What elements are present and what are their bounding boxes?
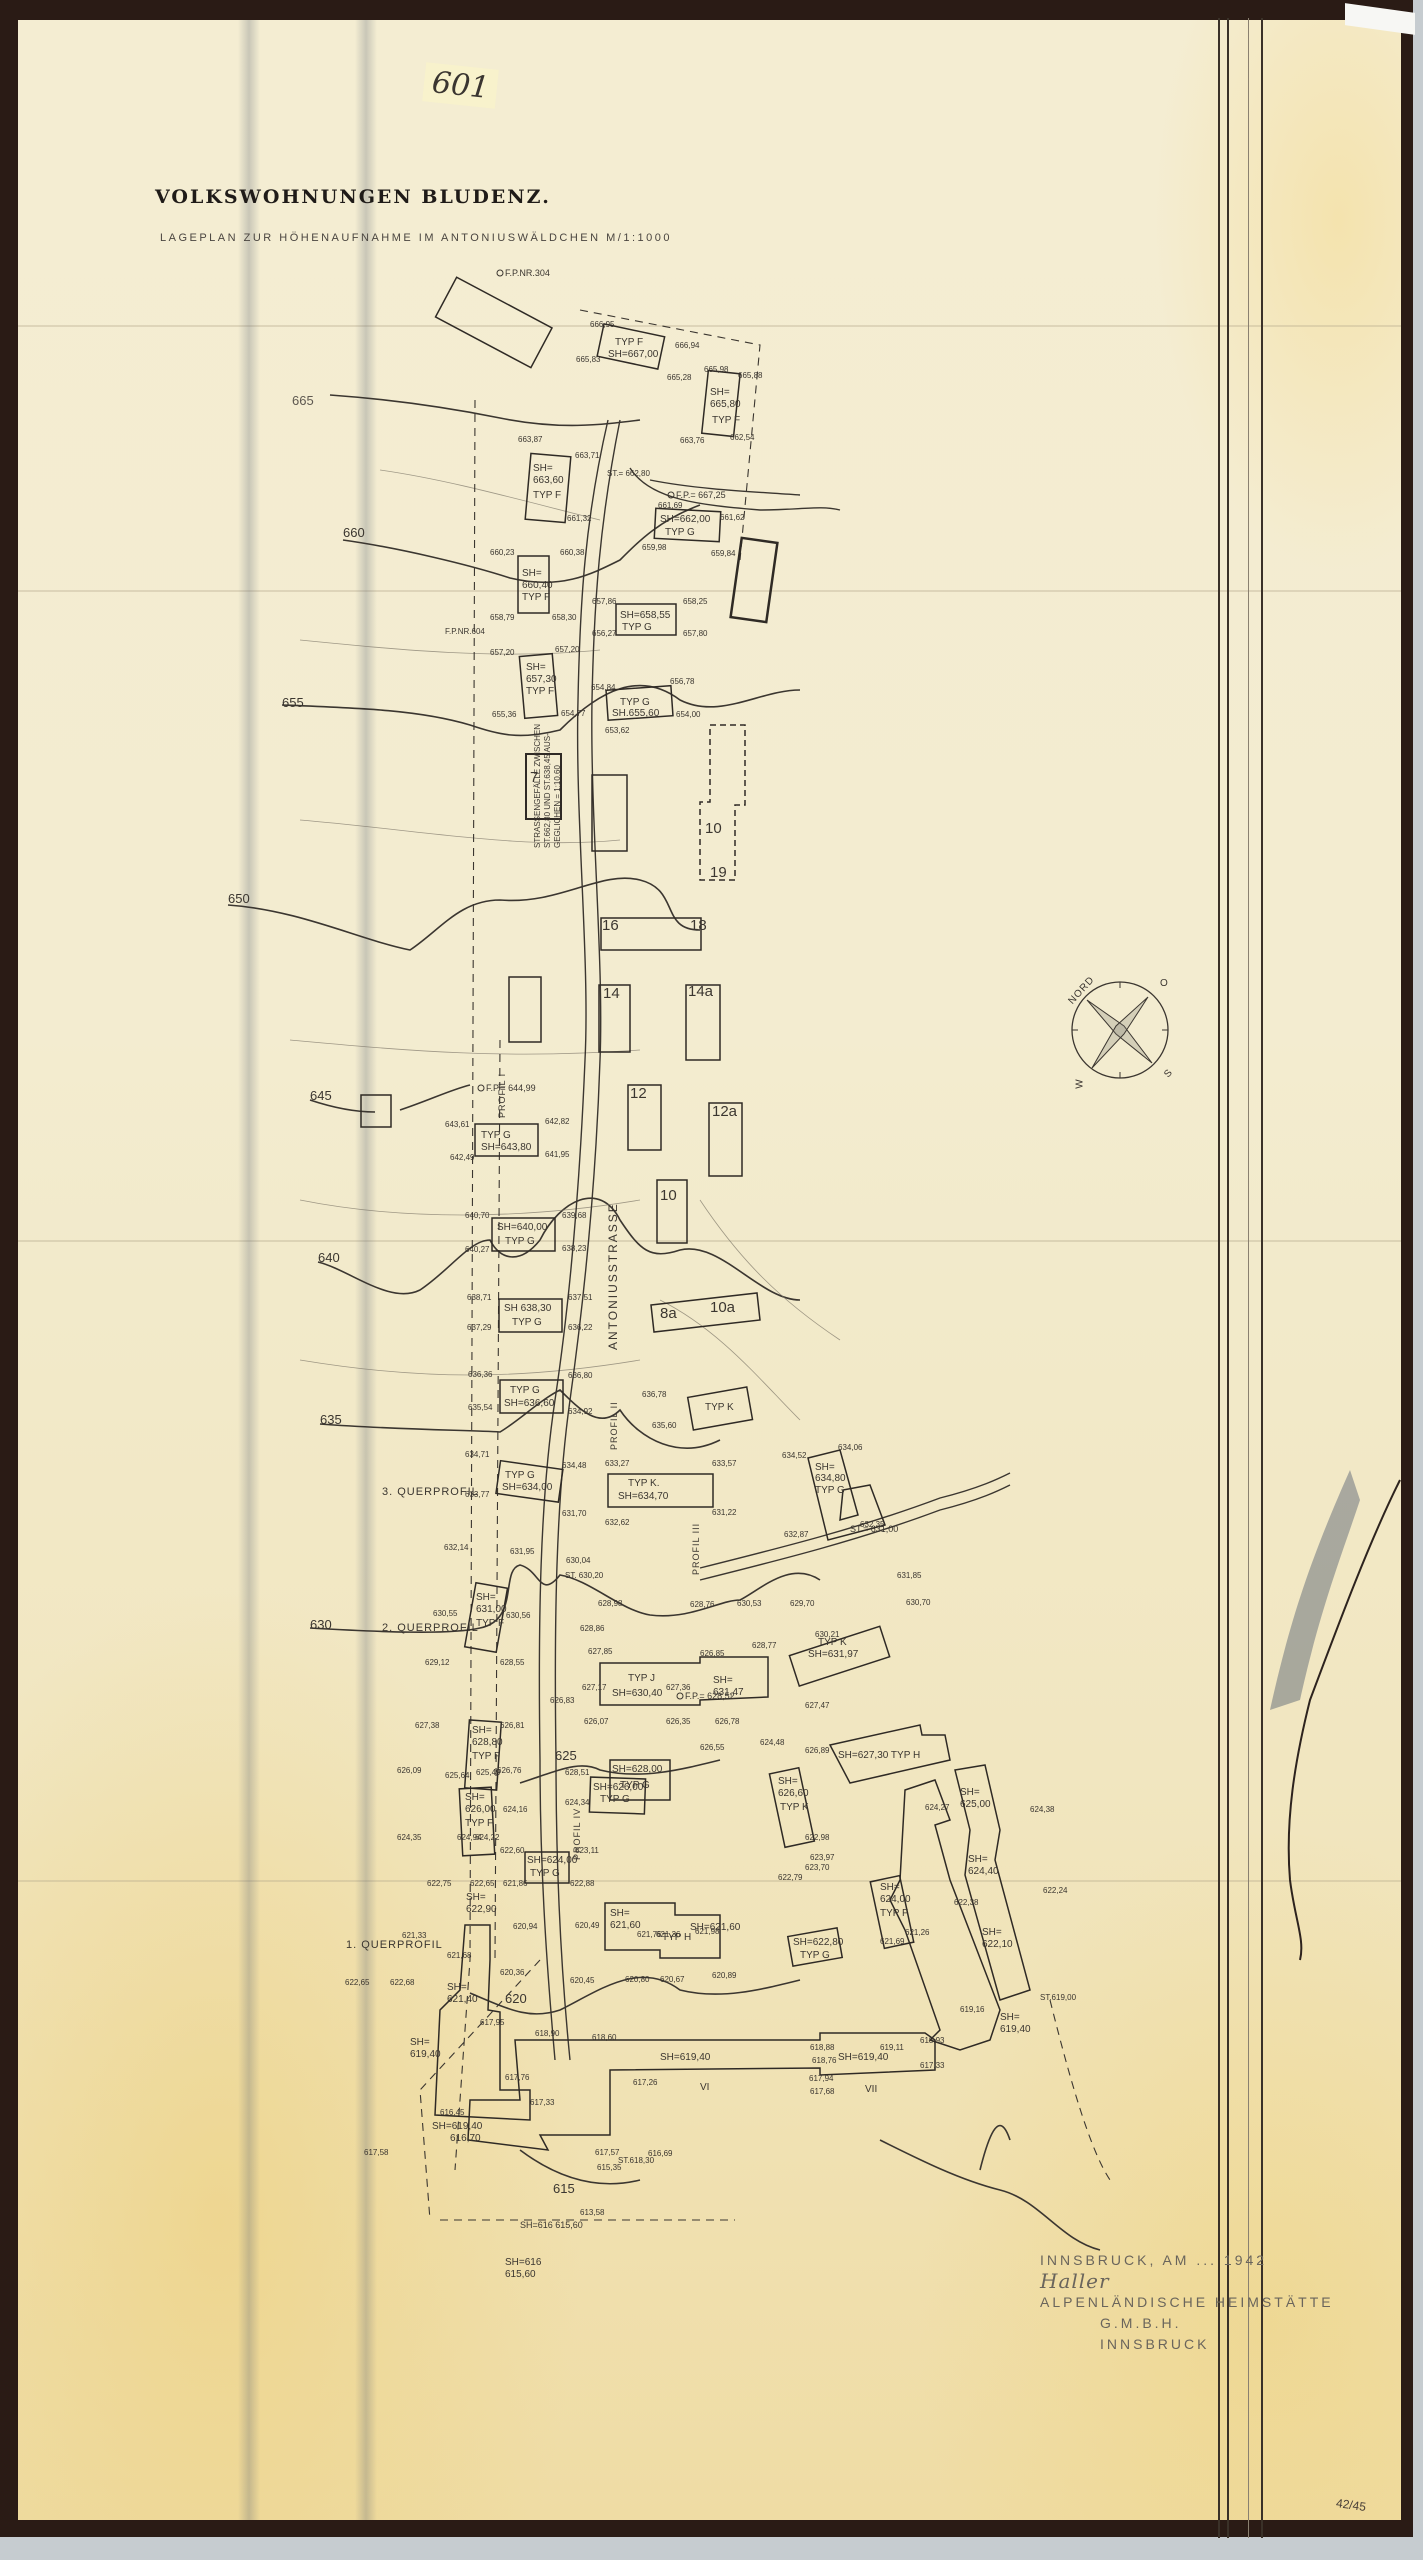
svg-text:F.P.= 628,52: F.P.= 628,52 (685, 1691, 735, 1701)
svg-text:643,61: 643,61 (445, 1120, 470, 1129)
svg-text:621,98: 621,98 (695, 1927, 720, 1936)
svg-text:630,21: 630,21 (815, 1630, 840, 1639)
svg-text:626,07: 626,07 (584, 1717, 609, 1726)
svg-text:616,70: 616,70 (450, 2133, 481, 2144)
svg-text:636,78: 636,78 (642, 1390, 667, 1399)
svg-text:TYP G: TYP G (800, 1950, 830, 1961)
svg-text:F.P.= 667,25: F.P.= 667,25 (676, 490, 726, 500)
svg-text:ST.= 662,80: ST.= 662,80 (607, 469, 650, 478)
svg-text:SH=631,97: SH=631,97 (808, 1649, 859, 1660)
svg-text:TYP F: TYP F (526, 686, 554, 697)
svg-text:622,38: 622,38 (954, 1898, 979, 1907)
svg-text:658,30: 658,30 (552, 613, 577, 622)
cross-section-labels: 3. QUERPROFIL 2. QUERPROFIL 1. QUERPROFI… (346, 1486, 479, 1951)
svg-text:SH=622,80: SH=622,80 (793, 1937, 844, 1948)
svg-text:630,53: 630,53 (737, 1599, 762, 1608)
svg-text:621,69: 621,69 (880, 1937, 905, 1946)
svg-text:TYP K.: TYP K. (628, 1478, 660, 1489)
svg-text:654,84: 654,84 (591, 683, 616, 692)
svg-text:620,49: 620,49 (575, 1921, 600, 1930)
svg-text:ANTONIUSSTRASSE: ANTONIUSSTRASSE (606, 1202, 620, 1350)
svg-text:631,85: 631,85 (897, 1571, 922, 1580)
svg-text:SH=: SH= (476, 1592, 496, 1603)
svg-text:654,00: 654,00 (676, 710, 701, 719)
svg-text:620,45: 620,45 (570, 1976, 595, 1985)
svg-text:TYP F: TYP F (472, 1751, 500, 1762)
svg-text:14a: 14a (688, 983, 714, 1000)
svg-text:TYP G: TYP G (665, 527, 695, 538)
svg-text:660: 660 (343, 525, 365, 540)
svg-text:SH=636,60: SH=636,60 (504, 1398, 555, 1409)
svg-text:657,80: 657,80 (683, 629, 708, 638)
svg-text:623,70: 623,70 (805, 1863, 830, 1872)
svg-text:621,36: 621,36 (656, 1930, 681, 1939)
svg-text:TYP K: TYP K (780, 1802, 809, 1813)
svg-text:639,68: 639,68 (562, 1211, 587, 1220)
svg-text:632,87: 632,87 (784, 1530, 809, 1539)
svg-text:631,00: 631,00 (476, 1604, 507, 1615)
svg-text:ST.619,00: ST.619,00 (1040, 1993, 1077, 2002)
svg-text:SH=634,00: SH=634,00 (502, 1482, 553, 1493)
svg-text:617,33: 617,33 (920, 2061, 945, 2070)
svg-text:657,30: 657,30 (526, 674, 557, 685)
svg-text:SH=: SH= (880, 1882, 900, 1893)
svg-text:634,06: 634,06 (838, 1443, 863, 1452)
svg-text:8a: 8a (660, 1305, 677, 1322)
svg-text:SH=628,00: SH=628,00 (612, 1764, 663, 1775)
svg-text:634,80: 634,80 (815, 1473, 846, 1484)
svg-text:625,00: 625,00 (960, 1799, 991, 1810)
svg-text:620: 620 (505, 1991, 527, 2006)
svg-text:626,81: 626,81 (500, 1721, 525, 1730)
svg-text:ST.662,80 UND ST.638,45 AUS-: ST.662,80 UND ST.638,45 AUS- (543, 733, 552, 848)
svg-text:TYP F: TYP F (522, 592, 550, 603)
svg-text:617,57: 617,57 (595, 2148, 620, 2157)
svg-text:660,38: 660,38 (560, 548, 585, 557)
svg-text:657,20: 657,20 (555, 645, 580, 654)
svg-text:665,28: 665,28 (667, 373, 692, 382)
svg-text:665,98: 665,98 (704, 365, 729, 374)
svg-text:618,60: 618,60 (592, 2033, 617, 2042)
damage-streak (1270, 1470, 1400, 1960)
stamp-signature: Haller (1040, 2271, 1334, 2292)
svg-text:SH=624,00: SH=624,00 (527, 1855, 578, 1866)
street-gradient-note: STRASSENGEFÄLLE ZWISCHEN ST.662,80 UND S… (533, 724, 562, 848)
svg-text:SH=: SH= (960, 1787, 980, 1798)
svg-text:SH=: SH= (410, 2037, 430, 2048)
svg-text:617,68: 617,68 (810, 2087, 835, 2096)
svg-text:620,67: 620,67 (660, 1975, 685, 1984)
svg-text:SH=616: SH=616 (505, 2257, 542, 2268)
svg-text:F.P.NR.304: F.P.NR.304 (505, 268, 550, 278)
compass-rose (1072, 982, 1168, 1078)
svg-text:632,14: 632,14 (444, 1543, 469, 1552)
svg-text:624,34: 624,34 (565, 1798, 590, 1807)
svg-text:616,45: 616,45 (440, 2108, 465, 2117)
svg-text:655,36: 655,36 (492, 710, 517, 719)
svg-text:622,68: 622,68 (390, 1978, 415, 1987)
svg-text:SH=658,55: SH=658,55 (620, 610, 671, 621)
svg-text:622,65: 622,65 (470, 1879, 495, 1888)
stamp-line: ALPENLÄNDISCHE HEIMSTÄTTE (1040, 2292, 1334, 2313)
svg-text:636,80: 636,80 (568, 1371, 593, 1380)
svg-text:SH=627,30 TYP H: SH=627,30 TYP H (838, 1750, 920, 1761)
svg-text:626,83: 626,83 (550, 1696, 575, 1705)
svg-text:626,35: 626,35 (666, 1717, 691, 1726)
svg-text:TYP F: TYP F (465, 1818, 493, 1829)
svg-text:TYP G: TYP G (600, 1794, 630, 1805)
svg-text:621,86: 621,86 (503, 1879, 528, 1888)
svg-text:637,51: 637,51 (568, 1293, 593, 1302)
svg-text:620,36: 620,36 (500, 1968, 525, 1977)
svg-text:638,71: 638,71 (467, 1293, 492, 1302)
svg-text:624,38: 624,38 (1030, 1805, 1055, 1814)
svg-text:665,80: 665,80 (710, 399, 741, 410)
svg-text:663,76: 663,76 (680, 436, 705, 445)
svg-text:666,94: 666,94 (675, 341, 700, 350)
svg-text:TYP G: TYP G (512, 1317, 542, 1328)
compass-east-label: O (1160, 978, 1169, 989)
svg-text:622,79: 622,79 (778, 1873, 803, 1882)
svg-text:631,95: 631,95 (510, 1547, 535, 1556)
svg-text:627,47: 627,47 (805, 1701, 830, 1710)
svg-text:622,10: 622,10 (982, 1939, 1013, 1950)
stamp-line: INNSBRUCK (1040, 2334, 1334, 2355)
svg-text:660,23: 660,23 (490, 548, 515, 557)
svg-text:SH=662,00: SH=662,00 (660, 514, 711, 525)
svg-text:SH=: SH= (778, 1776, 798, 1787)
svg-text:663,87: 663,87 (518, 435, 543, 444)
svg-text:SH=619,40: SH=619,40 (432, 2121, 483, 2132)
svg-text:618,93: 618,93 (920, 2036, 945, 2045)
svg-text:665,88: 665,88 (738, 371, 763, 380)
svg-text:640,70: 640,70 (465, 1211, 490, 1220)
svg-text:GEGLICHEN = 1:10,60: GEGLICHEN = 1:10,60 (553, 765, 562, 848)
svg-text:SH=643,80: SH=643,80 (481, 1142, 532, 1153)
svg-text:620,80: 620,80 (625, 1975, 650, 1984)
svg-text:14: 14 (603, 985, 620, 1002)
svg-text:625,64: 625,64 (445, 1771, 470, 1780)
svg-text:STRASSENGEFÄLLE ZWISCHEN: STRASSENGEFÄLLE ZWISCHEN (533, 724, 542, 848)
svg-text:623,97: 623,97 (810, 1853, 835, 1862)
svg-text:631,70: 631,70 (562, 1509, 587, 1518)
svg-text:626,09: 626,09 (397, 1766, 422, 1775)
svg-text:617,58: 617,58 (364, 2148, 389, 2157)
svg-text:634,71: 634,71 (465, 1450, 490, 1459)
svg-text:TYP G: TYP G (622, 622, 652, 633)
svg-text:619,40: 619,40 (1000, 2024, 1031, 2035)
svg-text:ST. 630,20: ST. 630,20 (565, 1571, 604, 1580)
svg-text:SH=: SH= (713, 1675, 733, 1686)
svg-text:TYP K: TYP K (705, 1402, 734, 1413)
svg-text:F.P.= 644,99: F.P.= 644,99 (486, 1083, 536, 1093)
svg-text:615,35: 615,35 (597, 2163, 622, 2172)
svg-text:630,56: 630,56 (506, 1611, 531, 1620)
svg-text:628,98: 628,98 (598, 1599, 623, 1608)
svg-text:618,88: 618,88 (810, 2043, 835, 2052)
svg-text:642,82: 642,82 (545, 1117, 570, 1126)
svg-text:ST.= 631,00: ST.= 631,00 (850, 1524, 898, 1534)
svg-text:624,48: 624,48 (760, 1738, 785, 1747)
svg-text:PROFIL II: PROFIL II (609, 1401, 619, 1450)
svg-text:SH=667,00: SH=667,00 (608, 349, 659, 360)
svg-text:3. QUERPROFIL: 3. QUERPROFIL (382, 1486, 479, 1498)
svg-text:621,68: 621,68 (447, 1951, 472, 1960)
svg-text:645: 645 (310, 1088, 332, 1103)
svg-text:657,20: 657,20 (490, 648, 515, 657)
svg-text:TYP F: TYP F (880, 1908, 908, 1919)
svg-text:SH=: SH= (1000, 2012, 1020, 2023)
svg-text:662,54: 662,54 (730, 433, 755, 442)
svg-text:2. QUERPROFIL: 2. QUERPROFIL (382, 1622, 479, 1634)
svg-text:10: 10 (705, 820, 722, 837)
svg-text:SH=634,70: SH=634,70 (618, 1491, 669, 1502)
svg-text:622,75: 622,75 (427, 1879, 452, 1888)
svg-text:650: 650 (228, 891, 250, 906)
svg-text:622,60: 622,60 (500, 1846, 525, 1855)
svg-text:625: 625 (555, 1748, 577, 1763)
svg-text:16: 16 (602, 917, 619, 934)
svg-text:628,76: 628,76 (690, 1600, 715, 1609)
svg-text:619,40: 619,40 (410, 2049, 441, 2060)
svg-text:624,40: 624,40 (968, 1866, 999, 1877)
svg-text:636,36: 636,36 (468, 1370, 493, 1379)
svg-text:628,80: 628,80 (472, 1737, 503, 1748)
svg-text:633,27: 633,27 (605, 1459, 630, 1468)
svg-text:658,79: 658,79 (490, 613, 515, 622)
approval-stamp: INNSBRUCK, AM ... 1942 Haller ALPENLÄNDI… (1040, 2250, 1334, 2355)
svg-text:659,84: 659,84 (711, 549, 736, 558)
svg-text:617,95: 617,95 (480, 2018, 505, 2027)
street-name: ANTONIUSSTRASSE (606, 1202, 620, 1350)
svg-text:666,95: 666,95 (590, 320, 615, 329)
svg-text:635: 635 (320, 1412, 342, 1427)
svg-text:10a: 10a (710, 1299, 736, 1316)
svg-text:634,52: 634,52 (782, 1451, 807, 1460)
svg-text:636,22: 636,22 (568, 1323, 593, 1332)
stamp-line: G.M.B.H. (1040, 2313, 1334, 2334)
svg-text:634,48: 634,48 (562, 1461, 587, 1470)
svg-text:SH=630,40: SH=630,40 (612, 1688, 663, 1699)
svg-text:635,60: 635,60 (652, 1421, 677, 1430)
svg-text:626,78: 626,78 (715, 1717, 740, 1726)
svg-text:SH=: SH= (447, 1982, 467, 1993)
svg-text:SH.655,60: SH.655,60 (612, 708, 660, 719)
svg-text:630,55: 630,55 (433, 1609, 458, 1618)
svg-text:659,98: 659,98 (642, 543, 667, 552)
svg-text:620,89: 620,89 (712, 1971, 737, 1980)
svg-text:626,76: 626,76 (497, 1766, 522, 1775)
svg-text:630,70: 630,70 (906, 1598, 931, 1607)
svg-text:656,27: 656,27 (592, 629, 617, 638)
svg-text:PROFIL I: PROFIL I (497, 1073, 507, 1118)
building-footprints (361, 277, 1030, 2150)
svg-text:621,26: 621,26 (905, 1928, 930, 1937)
svg-text:624,00: 624,00 (880, 1894, 911, 1905)
svg-text:617,94: 617,94 (809, 2074, 834, 2083)
svg-text:661,32: 661,32 (567, 514, 592, 523)
compass-west-label: W (1075, 1078, 1086, 1088)
svg-text:TYP G: TYP G (620, 697, 650, 708)
svg-text:TYP F: TYP F (712, 415, 740, 426)
svg-text:VI: VI (700, 2082, 709, 2093)
svg-text:638,23: 638,23 (562, 1244, 587, 1253)
svg-text:SH=619,40: SH=619,40 (660, 2052, 711, 2063)
svg-text:SH=: SH= (466, 1892, 486, 1903)
svg-text:VII: VII (865, 2084, 877, 2095)
svg-text:SH=: SH= (968, 1854, 988, 1865)
svg-text:615,60: 615,60 (505, 2269, 536, 2280)
svg-text:656,78: 656,78 (670, 677, 695, 686)
svg-text:626,00: 626,00 (465, 1804, 496, 1815)
svg-text:624,22: 624,22 (475, 1833, 500, 1842)
svg-text:619,16: 619,16 (960, 2005, 985, 2014)
svg-text:622,88: 622,88 (570, 1879, 595, 1888)
svg-text:624,27: 624,27 (925, 1803, 950, 1812)
svg-text:626,55: 626,55 (700, 1743, 725, 1752)
svg-text:627,17: 627,17 (582, 1683, 607, 1692)
svg-text:SH=: SH= (610, 1908, 630, 1919)
svg-text:631,22: 631,22 (712, 1508, 737, 1517)
svg-text:622,98: 622,98 (805, 1833, 830, 1842)
svg-text:TYP F: TYP F (615, 337, 643, 348)
svg-text:635,54: 635,54 (468, 1403, 493, 1412)
svg-text:PROFIL IV: PROFIL IV (572, 1808, 582, 1860)
svg-text:634,92: 634,92 (568, 1407, 593, 1416)
svg-text:10: 10 (660, 1187, 677, 1204)
svg-text:661,69: 661,69 (658, 501, 683, 510)
stamp-line: INNSBRUCK, AM ... 1942 (1040, 2250, 1334, 2271)
svg-text:618,76: 618,76 (812, 2056, 837, 2065)
contour-lines (228, 395, 1100, 2250)
svg-text:630,04: 630,04 (566, 1556, 591, 1565)
svg-text:622,24: 622,24 (1043, 1886, 1068, 1895)
svg-text:632,62: 632,62 (605, 1518, 630, 1527)
svg-text:SH=619,40: SH=619,40 (838, 2052, 889, 2063)
svg-text:TYP F: TYP F (476, 1618, 504, 1629)
svg-text:663,71: 663,71 (575, 451, 600, 460)
svg-text:628,51: 628,51 (565, 1768, 590, 1777)
svg-text:622,90: 622,90 (466, 1904, 497, 1915)
svg-text:665: 665 (292, 393, 314, 408)
svg-text:616,69: 616,69 (648, 2149, 673, 2158)
svg-text:SH=: SH= (526, 662, 546, 673)
svg-text:641,95: 641,95 (545, 1150, 570, 1159)
svg-text:SH=: SH= (472, 1725, 492, 1736)
svg-text:624,35: 624,35 (397, 1833, 422, 1842)
svg-text:621,40: 621,40 (447, 1994, 478, 2005)
svg-text:19: 19 (710, 864, 727, 881)
svg-text:SH=: SH= (533, 463, 553, 474)
svg-text:SH=626,00: SH=626,00 (593, 1782, 644, 1793)
svg-text:TYP G: TYP G (530, 1868, 560, 1879)
svg-text:626,60: 626,60 (778, 1788, 809, 1799)
svg-text:665,83: 665,83 (576, 355, 601, 364)
svg-text:629,70: 629,70 (790, 1599, 815, 1608)
svg-text:PROFIL III: PROFIL III (691, 1523, 701, 1575)
svg-text:628,55: 628,55 (500, 1658, 525, 1667)
svg-text:630: 630 (310, 1617, 332, 1632)
svg-text:658,25: 658,25 (683, 597, 708, 606)
svg-text:627,85: 627,85 (588, 1647, 613, 1656)
svg-text:SH=: SH= (522, 568, 542, 579)
svg-text:TYP J: TYP J (628, 1673, 655, 1684)
svg-text:SH=616 615,60: SH=616 615,60 (520, 2220, 583, 2230)
svg-text:663,60: 663,60 (533, 475, 564, 486)
svg-text:SH 638,30: SH 638,30 (504, 1303, 552, 1314)
svg-text:654,77: 654,77 (561, 709, 586, 718)
svg-text:628,86: 628,86 (580, 1624, 605, 1633)
svg-text:640: 640 (318, 1250, 340, 1265)
svg-text:633,57: 633,57 (712, 1459, 737, 1468)
svg-text:628,77: 628,77 (752, 1641, 777, 1650)
svg-text:627,38: 627,38 (415, 1721, 440, 1730)
svg-text:SH=640,00: SH=640,00 (497, 1222, 548, 1233)
svg-text:SH=: SH= (465, 1792, 485, 1803)
svg-text:SH=: SH= (710, 387, 730, 398)
svg-text:12: 12 (630, 1085, 647, 1102)
svg-text:655: 655 (282, 695, 304, 710)
svg-text:626,85: 626,85 (700, 1649, 725, 1658)
svg-text:660,40: 660,40 (522, 580, 553, 591)
svg-text:620,94: 620,94 (513, 1922, 538, 1931)
svg-text:F.P.NR.604: F.P.NR.604 (445, 627, 485, 636)
svg-text:624,16: 624,16 (503, 1805, 528, 1814)
svg-text:TYP F: TYP F (533, 490, 561, 501)
svg-text:TYP G: TYP G (505, 1470, 535, 1481)
svg-text:642,49: 642,49 (450, 1153, 475, 1162)
svg-text:617,26: 617,26 (633, 2078, 658, 2087)
svg-text:619,11: 619,11 (880, 2043, 904, 2052)
svg-text:653,62: 653,62 (605, 726, 630, 735)
svg-text:18: 18 (690, 917, 707, 934)
svg-text:661,62: 661,62 (720, 513, 745, 522)
svg-text:622,65: 622,65 (345, 1978, 370, 1987)
svg-text:SH=: SH= (982, 1927, 1002, 1938)
spot-heights: 666,95 666,94 665,83 665,28 665,98 665,8… (345, 320, 1077, 2217)
svg-text:TYP G: TYP G (481, 1130, 511, 1141)
svg-text:637,29: 637,29 (467, 1323, 492, 1332)
svg-text:626,89: 626,89 (805, 1746, 830, 1755)
svg-text:617,76: 617,76 (505, 2073, 530, 2082)
svg-text:1. QUERPROFIL: 1. QUERPROFIL (346, 1939, 443, 1951)
svg-text:640,27: 640,27 (465, 1245, 490, 1254)
svg-text:615: 615 (553, 2181, 575, 2196)
svg-text:TYP G: TYP G (505, 1236, 535, 1247)
svg-text:617,33: 617,33 (530, 2098, 555, 2107)
svg-text:629,12: 629,12 (425, 1658, 450, 1667)
svg-text:618,90: 618,90 (535, 2029, 560, 2038)
site-plan: 7 16 18 14 14a 12 12a 10 8a 10a 10 19 TY… (0, 0, 1423, 2560)
svg-text:657,86: 657,86 (592, 597, 617, 606)
svg-text:12a: 12a (712, 1103, 738, 1120)
svg-text:613,58: 613,58 (580, 2208, 605, 2217)
svg-text:SH=: SH= (815, 1462, 835, 1473)
svg-text:TYP G: TYP G (510, 1385, 540, 1396)
svg-text:TYP G: TYP G (815, 1485, 845, 1496)
